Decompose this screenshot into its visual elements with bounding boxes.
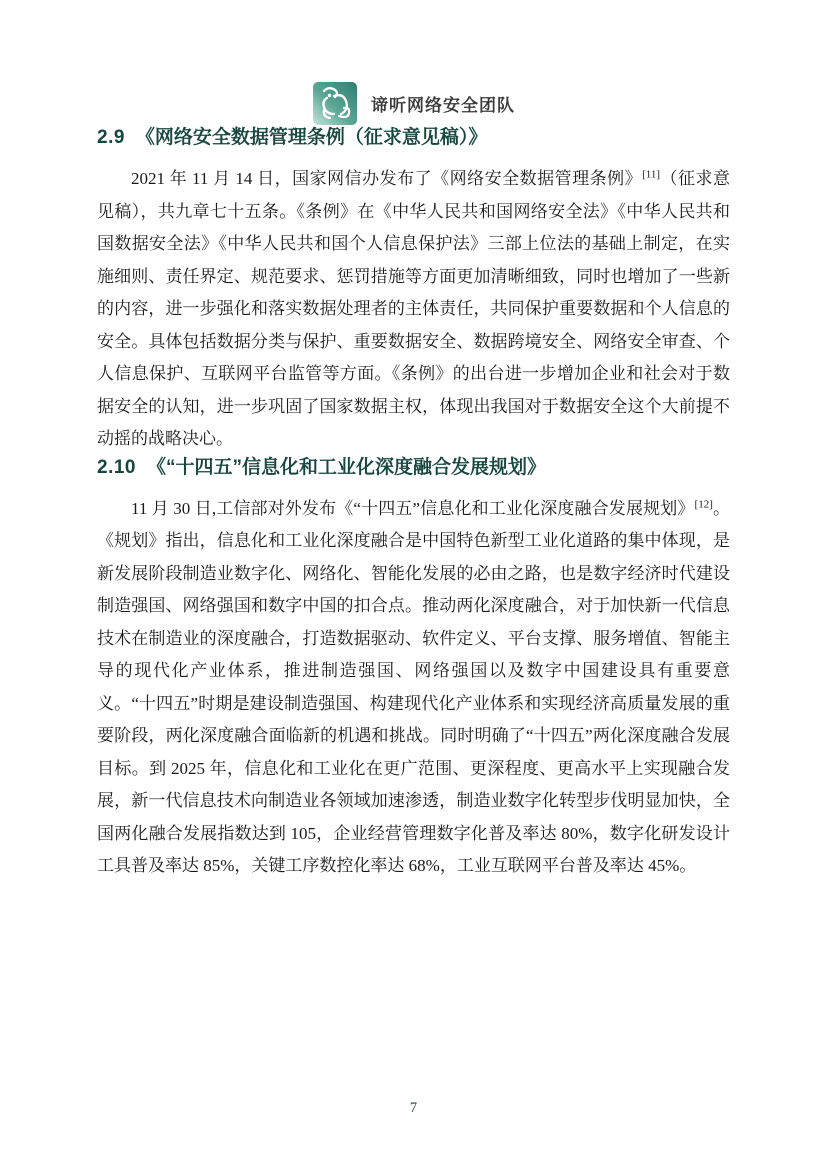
section-number: 2.10 bbox=[97, 456, 136, 480]
section-2-10-paragraph: 11 月 30 日,工信部对外发布《“十四五”信息化和工业化深度融合发展规划》[… bbox=[97, 493, 730, 883]
section-heading-2-10: 2.10 《“十四五”信息化和工业化深度融合发展规划》 bbox=[97, 456, 730, 480]
logo-text: 谛听网络安全团队 bbox=[371, 91, 515, 116]
footnote-ref-12: [12] bbox=[695, 498, 713, 510]
section-2-9-paragraph: 2021 年 11 月 14 日，国家网信办发布了《网络安全数据管理条例》[11… bbox=[97, 163, 730, 456]
section-title: 《网络安全数据管理条例（征求意见稿）》 bbox=[136, 126, 488, 150]
section-title: 《“十四五”信息化和工业化深度融合发展规划》 bbox=[147, 456, 546, 480]
page-number: 7 bbox=[410, 1100, 417, 1116]
paragraph-text: 11 月 30 日,工信部对外发布《“十四五”信息化和工业化深度融合发展规划》 bbox=[131, 499, 695, 518]
document-page: 谛听网络安全团队 2.9 《网络安全数据管理条例（征求意见稿）》 2021 年 … bbox=[0, 0, 827, 1170]
paragraph-text: 。《规划》指出，信息化和工业化深度融合是中国特色新型工业化道路的集中体现，是新发… bbox=[97, 499, 730, 876]
section-heading-2-9: 2.9 《网络安全数据管理条例（征求意见稿）》 bbox=[97, 126, 730, 150]
page-header: 谛听网络安全团队 bbox=[97, 80, 730, 126]
paragraph-text: 2021 年 11 月 14 日，国家网信办发布了《网络安全数据管理条例》 bbox=[131, 169, 642, 188]
diting-seal-icon bbox=[312, 81, 358, 126]
page-footer: 7 bbox=[0, 1100, 827, 1117]
footnote-ref-11: [11] bbox=[642, 168, 660, 180]
paragraph-text: （征求意见稿），共九章七十五条。《条例》在《中华人民共和国网络安全法》《中华人民… bbox=[97, 169, 730, 448]
section-number: 2.9 bbox=[97, 126, 125, 150]
